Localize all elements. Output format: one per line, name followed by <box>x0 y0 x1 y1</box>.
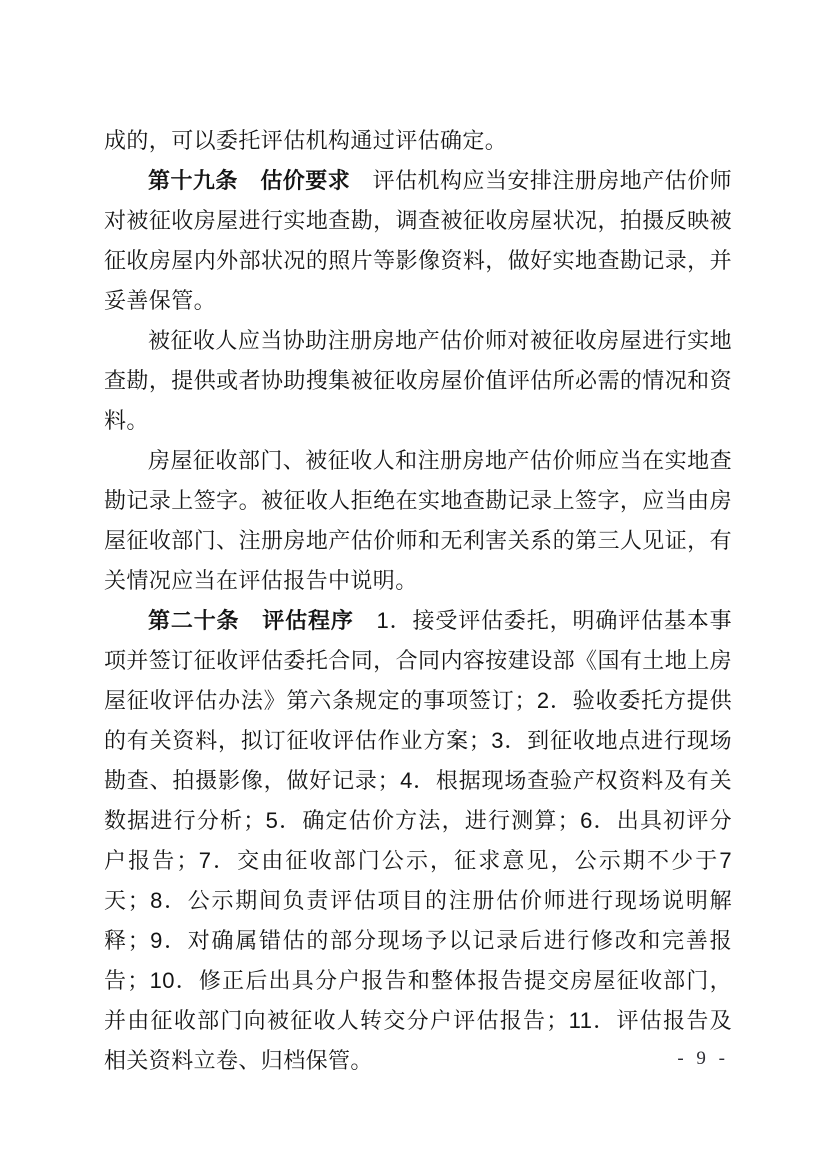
article-19-paragraph-3: 房屋征收部门、被征收人和注册房地产估价师应当在实地查勘记录上签字。被征收人拒绝在… <box>104 441 732 601</box>
article-19-paragraph-2: 被征收人应当协助注册房地产估价师对被征收房屋进行实地查勘，提供或者协助搜集被征收… <box>104 321 732 441</box>
document-page: 成的，可以委托评估机构通过评估确定。 第十九条 估价要求 评估机构应当安排注册房… <box>0 0 827 1169</box>
article-20-paragraph: 第二十条 评估程序 1．接受评估委托，明确评估基本事项并签订征收评估委托合同，合… <box>104 601 732 1081</box>
paragraph-text: 被征收人应当协助注册房地产估价师对被征收房屋进行实地查勘，提供或者协助搜集被征收… <box>104 328 732 433</box>
page-footer: - 9 - <box>677 1048 729 1070</box>
document-body: 成的，可以委托评估机构通过评估确定。 第十九条 估价要求 评估机构应当安排注册房… <box>104 121 732 1081</box>
article-20-heading: 第二十条 评估程序 <box>148 608 354 633</box>
paragraph-text: 房屋征收部门、被征收人和注册房地产估价师应当在实地查勘记录上签字。被征收人拒绝在… <box>104 448 732 593</box>
paragraph-continuation: 成的，可以委托评估机构通过评估确定。 <box>104 121 732 161</box>
article-20-text: 1．接受评估委托，明确评估基本事项并签订征收评估委托合同，合同内容按建设部《国有… <box>104 608 732 1073</box>
article-19-paragraph: 第十九条 估价要求 评估机构应当安排注册房地产估价师对被征收房屋进行实地查勘，调… <box>104 161 732 321</box>
article-19-heading: 第十九条 估价要求 <box>148 168 350 193</box>
paragraph-text: 成的，可以委托评估机构通过评估确定。 <box>104 128 507 153</box>
page-number: - 9 - <box>677 1048 729 1069</box>
